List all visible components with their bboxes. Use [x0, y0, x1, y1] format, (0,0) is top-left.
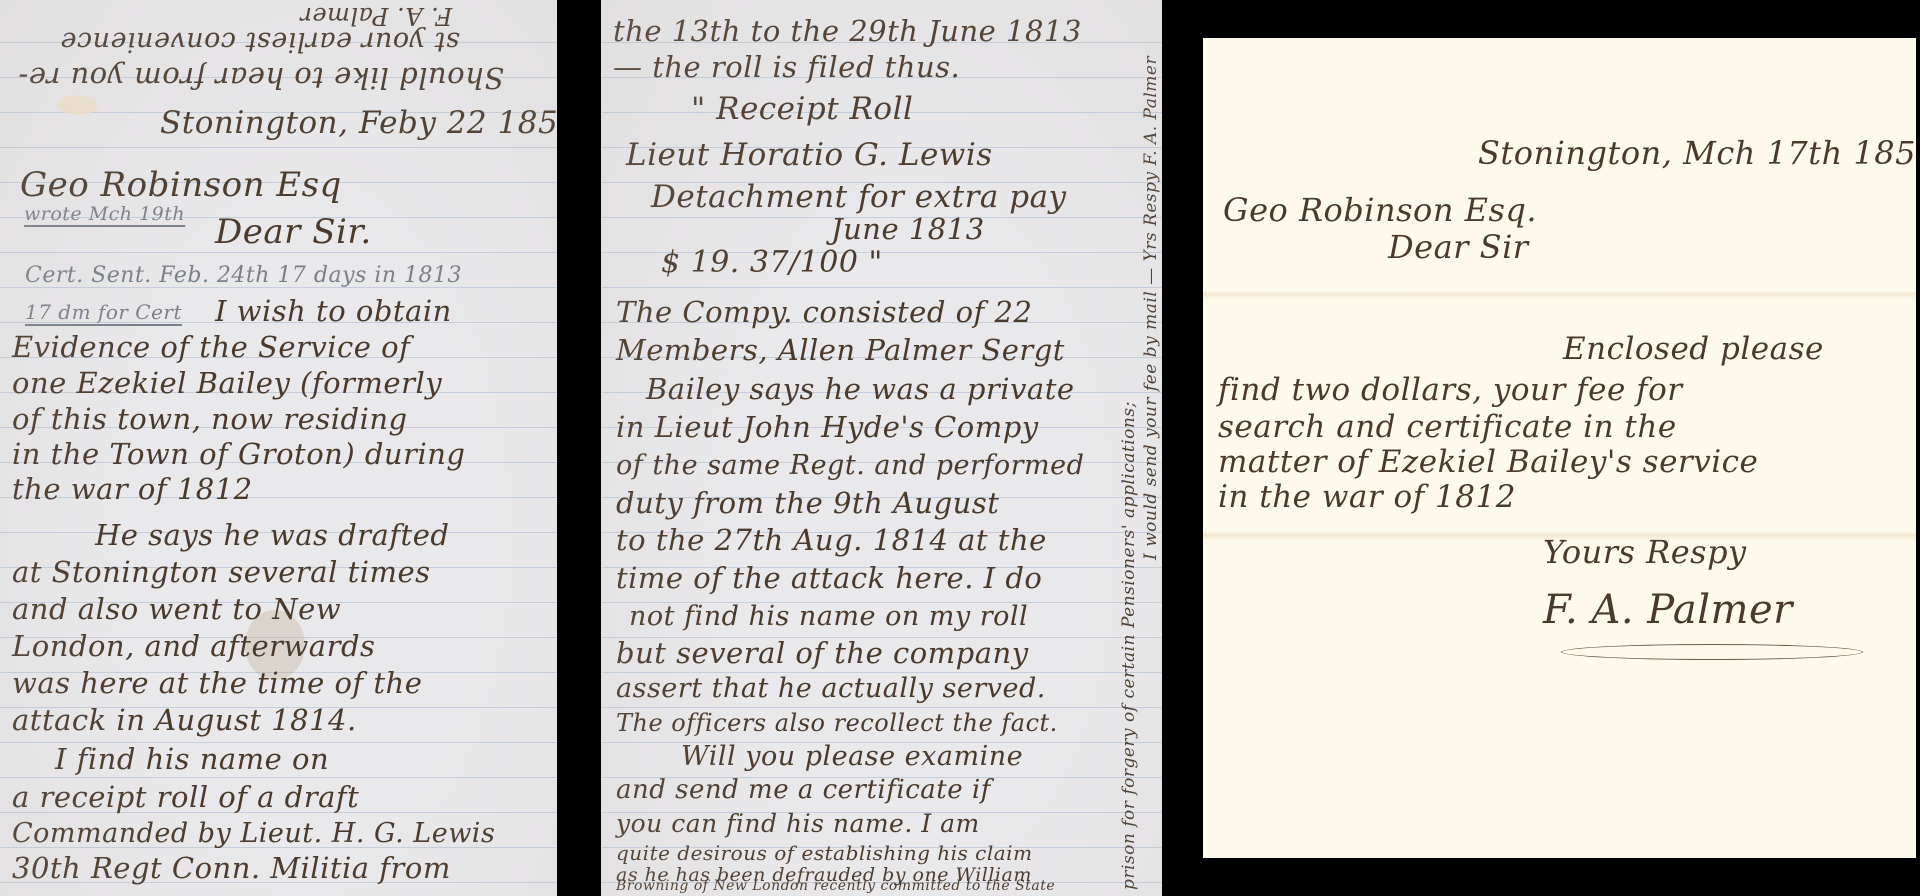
body-line: the war of 1812	[12, 472, 253, 507]
body-line: find two dollars, your fee for	[1218, 373, 1683, 408]
upside-down-postscript-2: st your earliest convenience	[60, 24, 460, 59]
paper-stain	[58, 95, 98, 115]
body-line: the 13th to the 29th June 1813	[613, 14, 1082, 49]
body-line: London, and afterwards	[12, 629, 375, 664]
margin-note-prison: prison for forgery of certain Pensioners…	[1119, 401, 1139, 890]
pencil-note-days: 17 dm for Cert	[25, 300, 182, 324]
body-line: in the war of 1812	[1218, 480, 1516, 515]
body-line: of the same Regt. and performed	[616, 448, 1084, 483]
body-line: not find his name on my roll	[629, 599, 1028, 634]
body-line: attack in August 1814.	[12, 703, 357, 738]
body-line: of this town, now residing	[12, 402, 408, 437]
closing: Yours Respy	[1543, 535, 1747, 570]
body-line: duty from the 9th August	[616, 486, 999, 521]
body-line: Members, Allen Palmer Sergt	[616, 333, 1065, 368]
body-line: matter of Ezekiel Bailey's service	[1218, 445, 1758, 480]
body-line: in the Town of Groton) during	[12, 437, 466, 472]
body-line: time of the attack here. I do	[616, 561, 1042, 596]
body-line: He says he was drafted	[95, 518, 449, 553]
margin-note-fee: I would send your fee by mail — Yrs Resp…	[1141, 56, 1161, 560]
signature: F. A. Palmer	[1543, 588, 1793, 632]
body-line: to the 27th Aug. 1814 at the	[616, 523, 1047, 558]
dateline: Stonington, Feby 22 1858	[160, 106, 557, 141]
body-line: and send me a certificate if	[616, 773, 991, 808]
body-line: a receipt roll of a draft	[12, 780, 359, 815]
receipt-roll-date: June 1813	[831, 212, 985, 247]
body-line: Browning of New London recently committe…	[616, 878, 1055, 894]
salutation: Dear Sir	[1388, 230, 1529, 265]
dateline: Stonington, Mch 17th 1858	[1478, 136, 1916, 171]
body-line: Will you please examine	[681, 739, 1023, 774]
letter-page-left: F. A. Palmer st your earliest convenienc…	[0, 0, 557, 896]
pencil-note-wrote: wrote Mch 19th	[24, 203, 185, 225]
signature-flourish	[1561, 644, 1863, 660]
body-line: Commanded by Lieut. H. G. Lewis	[12, 816, 495, 851]
addressee: Geo Robinson Esq.	[1223, 193, 1537, 228]
body-line: The officers also recollect the fact.	[616, 706, 1058, 741]
body-line: Enclosed please	[1563, 332, 1824, 367]
body-line: search and certificate in the	[1218, 410, 1677, 445]
salutation: Dear Sir.	[215, 215, 372, 250]
body-line: one Ezekiel Bailey (formerly	[12, 366, 442, 401]
letter-page-middle: the 13th to the 29th June 1813 — the rol…	[601, 0, 1162, 896]
body-line: but several of the company	[616, 636, 1029, 671]
body-line: and also went to New	[12, 592, 341, 627]
body-line: — the roll is filed thus.	[613, 50, 960, 85]
body-line: I find his name on	[55, 742, 329, 777]
letter-page-right: Stonington, Mch 17th 1858 Geo Robinson E…	[1203, 38, 1916, 858]
receipt-roll-amount: $ 19. 37/100 "	[661, 245, 883, 280]
body-line: in Lieut John Hyde's Compy	[616, 410, 1039, 445]
receipt-roll-detachment: Detachment for extra pay	[651, 180, 1067, 215]
body-line: at Stonington several times	[12, 555, 431, 590]
body-line: I wish to obtain	[215, 294, 452, 329]
receipt-roll-lieutenant: Lieut Horatio G. Lewis	[626, 138, 993, 173]
upside-down-postscript-1: Should like to hear from you re-	[18, 60, 504, 95]
pencil-note-cert-sent: Cert. Sent. Feb. 24th 17 days in 1813	[25, 263, 462, 288]
body-line: assert that he actually served.	[616, 671, 1046, 706]
body-line: 30th Regt Conn. Militia from	[12, 851, 451, 886]
body-line: Evidence of the Service of	[12, 330, 410, 365]
body-line: The Compy. consisted of 22	[616, 295, 1032, 330]
addressee: Geo Robinson Esq	[20, 168, 342, 203]
body-line: Bailey says he was a private	[646, 372, 1075, 407]
receipt-roll-title: " Receipt Roll	[691, 92, 913, 127]
body-line: was here at the time of the	[12, 666, 422, 701]
